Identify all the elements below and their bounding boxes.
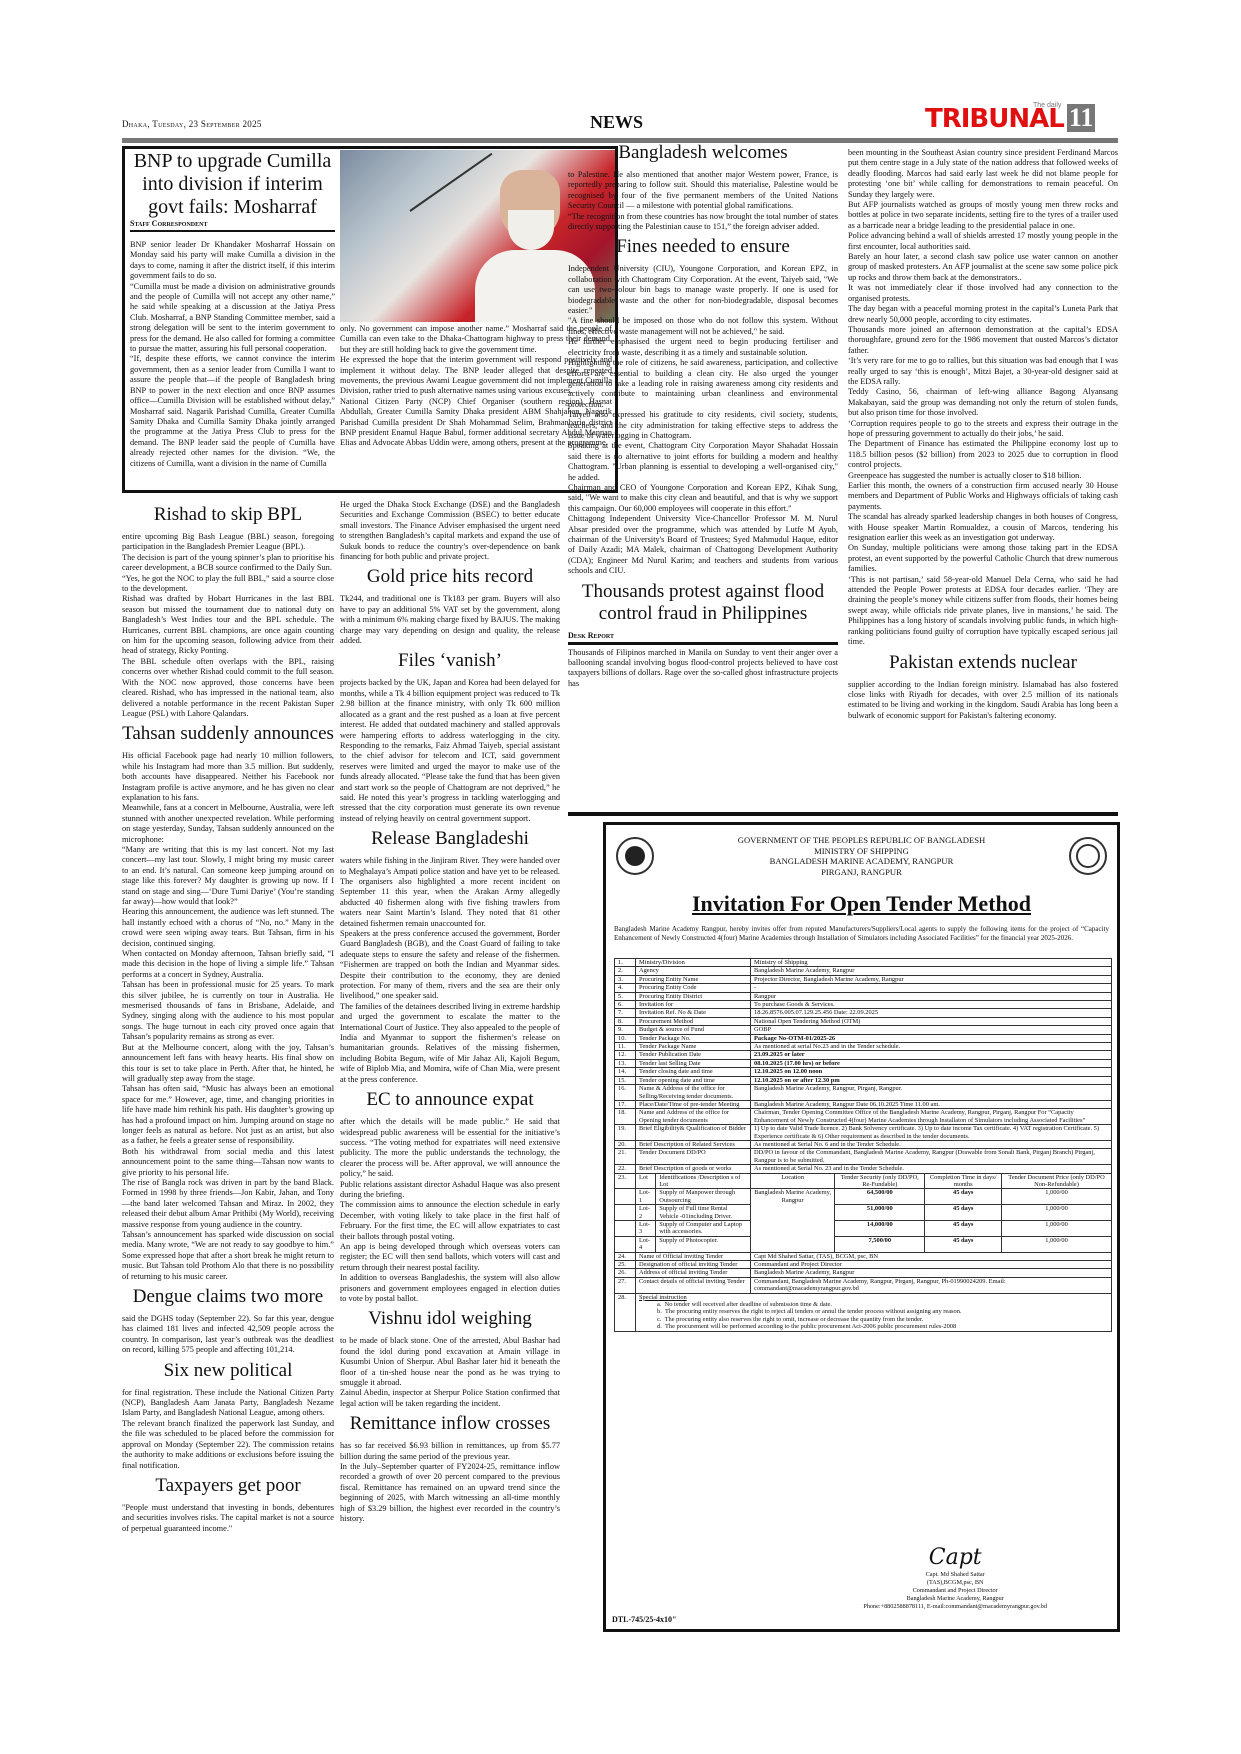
column-d: been mounting in the Southeast Asian cou… <box>848 148 1118 721</box>
article: Vishnu idol weighingto be made of black … <box>340 1308 560 1409</box>
lot-time: 45 days <box>925 1221 1002 1237</box>
location-col: Location <box>751 1173 835 1189</box>
lot-id: Lot-4 <box>636 1236 656 1252</box>
row-value: 1) Up to date Valid Trade licence. 2) Ba… <box>751 1125 1112 1141</box>
paragraph: to Palestine. He also mentioned that ano… <box>568 170 838 212</box>
newspaper-logo: The daily TRIBUNAL 11 <box>925 104 1095 132</box>
row-value: 18.26.8576.005.07.129.25.456 Date: 22.09… <box>751 1009 1112 1017</box>
column-a: Rishad to skip BPLentire upcoming Big Ba… <box>122 500 334 1534</box>
row-number: 3. <box>615 975 636 983</box>
row-label: Ministry/Division <box>636 959 751 967</box>
row-value: 12.10.2025 on or after 12.30 pm <box>751 1076 1112 1084</box>
special-item: a. No tender will received after deadlin… <box>639 1301 1108 1308</box>
row-value: Bangladesh Marine Academy, Rangpur, Pirg… <box>751 1085 1112 1101</box>
gov-line: MINISTRY OF SHIPPING <box>606 846 1117 857</box>
lot-security: 14,000/00 <box>835 1221 925 1237</box>
paragraph: “Many are writing that this is my last c… <box>122 845 334 907</box>
table-row: 16.Name & Address of the office for Sell… <box>615 1085 1112 1101</box>
row-label: Address of official inviting Tender <box>636 1269 751 1277</box>
article-headline: Vishnu idol weighing <box>340 1308 560 1330</box>
paragraph: ‘This is not partisan,’ said 58-year-old… <box>848 575 1118 648</box>
byline-rule <box>130 230 335 232</box>
article-body: His official Facebook page had nearly 10… <box>122 751 334 1282</box>
paragraph: Speaking at the event, Chattogram City C… <box>568 441 838 483</box>
paragraph: ‘It’s very rare for me to go to rallies,… <box>848 356 1118 387</box>
row-value: As mentioned at serial No.23 and in the … <box>751 1043 1112 1051</box>
lot-price: 1,000/00 <box>1001 1189 1111 1205</box>
table-row: 14.Tender closing date and time12.10.202… <box>615 1068 1112 1076</box>
signature-line: Capt. Md Shahed Sattar <box>863 1571 1047 1579</box>
paragraph: “The recognition from these countries ha… <box>568 212 838 233</box>
row-label: Tender Package Name <box>636 1043 751 1051</box>
lead-story-head: BNP to upgrade Cumilla into division if … <box>130 150 335 235</box>
row-label: Brief Description of Related Services <box>636 1140 751 1148</box>
paragraph: Chairman and CEO of Youngone Corporation… <box>568 483 838 514</box>
article: Rishad to skip BPLentire upcoming Big Ba… <box>122 504 334 719</box>
row-number <box>615 1236 636 1252</box>
row-value: Bangladesh Marine Academy, Rangpur <box>751 967 1112 975</box>
paragraph: The relevant branch finalized the paperw… <box>122 1419 334 1471</box>
lot-id: Lot-1 <box>636 1189 656 1205</box>
paragraph: In addition to overseas Bangladeshis, th… <box>340 1273 560 1304</box>
row-number: 20. <box>615 1140 636 1148</box>
lot-security: 64,500/00 <box>835 1189 925 1205</box>
lot-row: Lot-2Supply of Full time Rental Vehicle … <box>615 1205 1112 1221</box>
row-number: 10. <box>615 1034 636 1042</box>
lot-time: 45 days <box>925 1189 1002 1205</box>
page-number: 11 <box>1067 104 1096 132</box>
special-instructions: Special instructiona. No tender will rec… <box>636 1293 1112 1331</box>
paragraph: BNP senior leader Dr Khandaker Mosharraf… <box>130 240 335 282</box>
photo-speaker-beard <box>508 210 554 250</box>
table-row: 26.Address of official inviting TenderBa… <box>615 1269 1112 1277</box>
lot-security: 7,500/00 <box>835 1236 925 1252</box>
row-value: To purchase Goods & Services. <box>751 1001 1112 1009</box>
special-item: d. The procurement will be performed acc… <box>639 1323 1108 1330</box>
lead-col1: BNP senior leader Dr Khandaker Mosharraf… <box>130 240 335 469</box>
column-b: He urged the Dhaka Stock Exchange (DSE) … <box>340 500 560 1525</box>
row-label: Tender opening date and time <box>636 1076 751 1084</box>
paragraph: The Department of Finance has estimated … <box>848 439 1118 470</box>
paragraph: The day began with a peaceful morning pr… <box>848 304 1118 325</box>
paragraph: supplier according to the Indian foreign… <box>848 680 1118 722</box>
row-value: As mentioned at Serial No. 6 and in the … <box>751 1140 1112 1148</box>
row-number: 11. <box>615 1043 636 1051</box>
article-body: "People must understand that investing i… <box>122 1503 334 1534</box>
row-number: 23. <box>615 1173 636 1189</box>
article-headline: Pakistan extends nuclear <box>848 652 1118 674</box>
row-value: Projector Director, Bangladesh Marine Ac… <box>751 975 1112 983</box>
row-label: Tender Publication Date <box>636 1051 751 1059</box>
byline: Desk Report <box>568 631 838 640</box>
paragraph: Both his withdrawal from social media an… <box>122 1147 334 1178</box>
table-row: 15.Tender opening date and time12.10.202… <box>615 1076 1112 1084</box>
paragraph: “Yes, he got the NOC to play the full BB… <box>122 574 334 595</box>
row-number: 15. <box>615 1076 636 1084</box>
row-label: Invitation Ref. No & Date <box>636 1009 751 1017</box>
row-label: Tender Document DD/PO <box>636 1149 751 1165</box>
lot-description: Supply of Manpower through Outsourcing <box>656 1189 751 1205</box>
row-number: 27. <box>615 1277 636 1293</box>
table-row: 2.AgencyBangladesh Marine Academy, Rangp… <box>615 967 1112 975</box>
row-number: 24. <box>615 1252 636 1260</box>
row-number: 26. <box>615 1269 636 1277</box>
table-row: 5.Procuring Entity DistrictRangpur <box>615 992 1112 1000</box>
paragraph: Taiyeb also expressed his gratitude to c… <box>568 410 838 441</box>
table-row: 4.Procuring Entity Code- <box>615 984 1112 992</box>
row-label: Name and Address of the office for Openi… <box>636 1109 751 1125</box>
row-number: 21. <box>615 1149 636 1165</box>
table-row: 10.Tender Package No.Package No-OTM-01/2… <box>615 1034 1112 1042</box>
section-rule <box>568 812 1118 816</box>
article: He urged the Dhaka Stock Exchange (DSE) … <box>340 500 560 562</box>
article-body: Tk244, and traditional one is Tk183 per … <box>340 594 560 646</box>
gov-line: GOVERNMENT OF THE PEOPLES REPUBLIC OF BA… <box>606 835 1117 846</box>
paragraph: waters while fishing in the Jinjiram Riv… <box>340 856 560 929</box>
lot-description: Supply of Computer and Laptop with acces… <box>656 1221 751 1237</box>
article-headline: Six new political <box>122 1360 334 1382</box>
article-headline: EC to announce expat <box>340 1089 560 1111</box>
article: Dengue claims two moresaid the DGHS toda… <box>122 1286 334 1356</box>
table-row: 12.Tender Publication Date23.09.2025 or … <box>615 1051 1112 1059</box>
article: Bangladesh welcomesto Palestine. He also… <box>568 142 838 232</box>
row-number: 18. <box>615 1109 636 1125</box>
row-value: Rangpur <box>751 992 1112 1000</box>
article-body: to be made of black stone. One of the ar… <box>340 1336 560 1409</box>
row-number: 17. <box>615 1100 636 1108</box>
paragraph: Meanwhile, fans at a concert in Melbourn… <box>122 803 334 845</box>
article-headline: Gold price hits record <box>340 566 560 588</box>
article: EC to announce expatafter which the deta… <box>340 1089 560 1304</box>
row-value: Capt Md Shahed Sattar, (TAS), BCGM, psc,… <box>751 1252 1112 1260</box>
row-number: 22. <box>615 1165 636 1173</box>
paragraph: Zainul Abedin, inspector at Sherpur Poli… <box>340 1388 560 1409</box>
row-value: Commandant and Project Director <box>751 1261 1112 1269</box>
row-value: 08.10.2025 (17.00 hrs) or before <box>751 1059 1112 1067</box>
row-label: Tender last Selling Date <box>636 1059 751 1067</box>
lot-description: Supply of Full time Rental Vehicle -01in… <box>656 1205 751 1221</box>
paragraph: Tk244, and traditional one is Tk183 per … <box>340 594 560 646</box>
row-label: Contact details of official inviting Ten… <box>636 1277 751 1293</box>
section-title: NEWS <box>590 112 643 133</box>
ad-reference: DTL-745/25-4x10" <box>612 1615 676 1624</box>
paragraph: Hearing this announcement, the audience … <box>122 907 334 949</box>
paragraph: to be made of black stone. One of the ar… <box>340 1336 560 1388</box>
paragraph: The families of the detainees described … <box>340 1002 560 1085</box>
article-body: Independent University (CIU), Youngone C… <box>568 264 838 576</box>
table-row: 27.Contact details of official inviting … <box>615 1277 1112 1293</box>
lot-price: 1,000/00 <box>1001 1236 1111 1252</box>
article-body: after which the details will be made pub… <box>340 1117 560 1304</box>
paragraph: Tahsan has been in professional music fo… <box>122 980 334 1042</box>
paragraph: Rishad was drafted by Hobart Hurricanes … <box>122 594 334 656</box>
signature: Capt <box>863 1545 1047 1571</box>
article: Tahsan suddenly announcesHis official Fa… <box>122 723 334 1282</box>
lot-row: Lot-3Supply of Computer and Laptop with … <box>615 1221 1112 1237</box>
table-row: 8.Procurement MethodNational Open Tender… <box>615 1017 1112 1025</box>
paragraph: Speakers at the press conference accused… <box>340 929 560 1002</box>
paragraph: But AFP journalists watched as groups of… <box>848 200 1118 231</box>
paragraph: been mounting in the Southeast Asian cou… <box>848 148 1118 200</box>
microphone-icon <box>409 153 492 212</box>
row-label: Procuring Entity District <box>636 992 751 1000</box>
lot-price: 1,000/00 <box>1001 1221 1111 1237</box>
paragraph: In the July–September quarter of FY2024-… <box>340 1462 560 1524</box>
logo-tagline: The daily <box>1033 102 1061 109</box>
logo-wordmark: TRIBUNAL <box>925 106 1064 132</box>
row-number: 14. <box>615 1068 636 1076</box>
paragraph: Teddy Casino, 56, chairman of left-wing … <box>848 387 1118 418</box>
row-number: 19. <box>615 1125 636 1141</box>
table-row: 24.Name of Official inviting TenderCapt … <box>615 1252 1112 1260</box>
article: Six new politicalfor final registration.… <box>122 1360 334 1471</box>
paragraph: An app is being developed through which … <box>340 1242 560 1273</box>
table-row: 21.Tender Document DD/PODD/PO in favour … <box>615 1149 1112 1165</box>
row-value: DD/PO in favour of the Commandant, Bangl… <box>751 1149 1112 1165</box>
lot-col: Lot <box>636 1173 656 1189</box>
row-value: GOBP <box>751 1026 1112 1034</box>
article-headline: Release Bangladeshi <box>340 828 560 850</box>
row-value: National Open Tendering Method (OTM) <box>751 1017 1112 1025</box>
price-col: Tender Document Price (only DD/PO Non-Re… <box>1001 1173 1111 1189</box>
lot-price: 1,000/00 <box>1001 1205 1111 1221</box>
special-instruction-row: 28.Special instructiona. No tender will … <box>615 1293 1112 1331</box>
article-body: supplier according to the Indian foreign… <box>848 680 1118 722</box>
row-number: 7. <box>615 1009 636 1017</box>
signature-line: (TAS),BCGM,psc, BN <box>863 1579 1047 1587</box>
table-row: 18.Name and Address of the office for Op… <box>615 1109 1112 1125</box>
paragraph: Police advancing behind a wall of shield… <box>848 231 1118 252</box>
lot-time: 45 days <box>925 1236 1002 1252</box>
byline-rule <box>568 642 838 645</box>
signature-line: Commandant and Project Director <box>863 1587 1047 1595</box>
lot-id: Lot-2 <box>636 1205 656 1221</box>
paragraph: Greenpeace has suggested the number is a… <box>848 471 1118 481</box>
column-c: Bangladesh welcomesto Palestine. He also… <box>568 138 838 689</box>
article: Pakistan extends nuclearsupplier accordi… <box>848 652 1118 722</box>
row-label: Name of Official inviting Tender <box>636 1252 751 1260</box>
lot-row: Lot-1Supply of Manpower through Outsourc… <box>615 1189 1112 1205</box>
paragraph: "People must understand that investing i… <box>122 1503 334 1534</box>
paragraph: He further emphasised the urgent need to… <box>568 337 838 358</box>
row-label: Procuring Entity Code <box>636 984 751 992</box>
paragraph: Highlighting the role of citizens, he sa… <box>568 358 838 410</box>
paragraph: after which the details will be made pub… <box>340 1117 560 1179</box>
paragraph: His official Facebook page had nearly 10… <box>122 751 334 803</box>
article-body: for final registration. These include th… <box>122 1388 334 1471</box>
time-col: Completion Time in days/ months <box>925 1173 1002 1189</box>
row-label: Procuring Entity Name <box>636 975 751 983</box>
row-number: 5. <box>615 992 636 1000</box>
article-body: Thousands of Filipinos marched in Manila… <box>568 648 838 690</box>
row-label: Budget & source of Fund <box>636 1026 751 1034</box>
row-value: As mentioned at Serial No. 23 and in the… <box>751 1165 1112 1173</box>
lot-description: Supply of Photocopier. <box>656 1236 751 1252</box>
paragraph: The decision is part of the young spinne… <box>122 553 334 574</box>
row-number <box>615 1205 636 1221</box>
paragraph: has so far received $6.93 billion in rem… <box>340 1441 560 1462</box>
row-label: Agency <box>636 967 751 975</box>
article-body: has so far received $6.93 billion in rem… <box>340 1441 560 1524</box>
paragraph: Tahsan has often said, “Music has always… <box>122 1084 334 1146</box>
article-headline: Remittance inflow crosses <box>340 1413 560 1435</box>
paragraph: He urged the Dhaka Stock Exchange (DSE) … <box>340 500 560 562</box>
row-number: 2. <box>615 967 636 975</box>
masthead-date: Dhaka, Tuesday, 23 September 2025 <box>122 119 262 129</box>
row-value: Package No-OTM-01/2025-26 <box>751 1034 1112 1042</box>
table-row: 13.Tender last Selling Date08.10.2025 (1… <box>615 1059 1112 1067</box>
paragraph: The BBL schedule often overlaps with the… <box>122 657 334 719</box>
paragraph: Thousands more joined an afternoon demon… <box>848 325 1118 356</box>
article: been mounting in the Southeast Asian cou… <box>848 148 1118 648</box>
lot-location: Bangladesh Marine Academy, Rangpur <box>751 1189 835 1252</box>
row-number: 12. <box>615 1051 636 1059</box>
row-label: Tender Package No. <box>636 1034 751 1042</box>
signature-block: Capt Capt. Md Shahed Sattar(TAS),BCGM,ps… <box>863 1545 1047 1611</box>
government-header: GOVERNMENT OF THE PEOPLES REPUBLIC OF BA… <box>606 835 1117 877</box>
special-title: Special instruction <box>639 1294 1108 1301</box>
row-number: 6. <box>615 1001 636 1009</box>
paragraph: The scandal has already sparked leadersh… <box>848 512 1118 543</box>
lot-header-row: 23.LotIdentifications /Description s of … <box>615 1173 1112 1189</box>
paragraph: entire upcoming Big Bash League (BBL) se… <box>122 532 334 553</box>
row-number: 13. <box>615 1059 636 1067</box>
table-row: 17.Place/Date/Time of pre-tender Meeting… <box>615 1100 1112 1108</box>
row-value: - <box>751 984 1112 992</box>
lot-row: Lot-4Supply of Photocopier.7,500/0045 da… <box>615 1236 1112 1252</box>
table-row: 19.Brief Eligibility& Qualification of B… <box>615 1125 1112 1141</box>
table-row: 11.Tender Package NameAs mentioned at se… <box>615 1043 1112 1051</box>
article: Thousands protest against flood control … <box>568 581 838 690</box>
row-label: Brief Description of goods or works <box>636 1165 751 1173</box>
paragraph: "A fine should be imposed on those who d… <box>568 316 838 337</box>
paragraph: said the DGHS today (September 22). So f… <box>122 1314 334 1356</box>
paragraph: Independent University (CIU), Youngone C… <box>568 264 838 316</box>
row-value: Bangladesh Marine Academy, Rangpur Date … <box>751 1100 1112 1108</box>
paragraph: But at the Melbourne concert, along with… <box>122 1043 334 1085</box>
desc-col: Identifications /Description s of Lot <box>656 1173 751 1189</box>
paragraph: Chittagong Independent University Vice-C… <box>568 514 838 576</box>
row-label: Designation of official inviting Tender <box>636 1261 751 1269</box>
row-label: Procurement Method <box>636 1017 751 1025</box>
paragraph: ‘Corruption requires people to go to the… <box>848 419 1118 440</box>
table-row: 6.Invitation forTo purchase Goods & Serv… <box>615 1001 1112 1009</box>
article-body: to Palestine. He also mentioned that ano… <box>568 170 838 232</box>
lot-id: Lot-3 <box>636 1221 656 1237</box>
paragraph: On Sunday, multiple politicians were amo… <box>848 543 1118 574</box>
paragraph: It was not immediately clear if those in… <box>848 283 1118 304</box>
table-row: 7.Invitation Ref. No & Date18.26.8576.00… <box>615 1009 1112 1017</box>
article: Release Bangladeshiwaters while fishing … <box>340 828 560 1085</box>
paragraph: projects backed by the UK, Japan and Kor… <box>340 678 560 824</box>
row-label: Name & Address of the office for Selling… <box>636 1085 751 1101</box>
table-row: 9.Budget & source of FundGOBP <box>615 1026 1112 1034</box>
tender-table: 1.Ministry/DivisionMinistry of Shipping2… <box>614 958 1112 1332</box>
row-value: 12.10.2025 on 12.00 noon <box>751 1068 1112 1076</box>
article: Fines needed to ensureIndependent Univer… <box>568 236 838 576</box>
row-value: Commandant, Bangladesh Marine Academy, R… <box>751 1277 1112 1293</box>
table-row: 20.Brief Description of Related Services… <box>615 1140 1112 1148</box>
row-number <box>615 1189 636 1205</box>
article-headline: Thousands protest against flood control … <box>568 581 838 625</box>
paragraph: Barely an hour later, a second clash saw… <box>848 252 1118 283</box>
gov-line: BANGLADESH MARINE ACADEMY, RANGPUR <box>606 856 1117 867</box>
row-number: 4. <box>615 984 636 992</box>
paragraph: “Cumilla must be made a division on admi… <box>130 282 335 355</box>
row-value: Bangladesh Marine Academy, Rangpur <box>751 1269 1112 1277</box>
paragraph: Tahsan’s announcement has sparked wide d… <box>122 1230 334 1282</box>
article-body: He urged the Dhaka Stock Exchange (DSE) … <box>340 500 560 562</box>
article-body: projects backed by the UK, Japan and Kor… <box>340 678 560 824</box>
row-label: Brief Eligibility& Qualification of Bidd… <box>636 1125 751 1141</box>
tender-intro: Bangladesh Marine Academy Rangpur, hereb… <box>614 925 1109 942</box>
article: Gold price hits recordTk244, and traditi… <box>340 566 560 646</box>
byline: Staff Correspondent <box>130 219 335 228</box>
lot-time: 45 days <box>925 1205 1002 1221</box>
row-value: Ministry of Shipping <box>751 959 1112 967</box>
tender-title: Invitation For Open Tender Method <box>606 891 1117 917</box>
paragraph: Thousands of Filipinos marched in Manila… <box>568 648 838 690</box>
row-label: Place/Date/Time of pre-tender Meeting <box>636 1100 751 1108</box>
article-body: said the DGHS today (September 22). So f… <box>122 1314 334 1356</box>
article-headline: Taxpayers get poor <box>122 1475 334 1497</box>
article-body: been mounting in the Southeast Asian cou… <box>848 148 1118 648</box>
article: Taxpayers get poor"People must understan… <box>122 1475 334 1534</box>
signature-line: Bangladesh Marine Academy, Rangpur <box>863 1595 1047 1603</box>
paragraph: When contacted on Monday afternoon, Tahs… <box>122 949 334 980</box>
article-headline: Fines needed to ensure <box>568 236 838 258</box>
tender-advertisement: GOVERNMENT OF THE PEOPLES REPUBLIC OF BA… <box>603 822 1120 1632</box>
special-item: c. The procuring entity also reserves th… <box>639 1316 1108 1323</box>
signature-line: Phone:+8802588878111, E-mail:commandant@… <box>863 1603 1047 1611</box>
security-col: Tender Security (only DD/PO, Re-Fundable… <box>835 1173 925 1189</box>
paragraph: for final registration. These include th… <box>122 1388 334 1419</box>
row-number: 8. <box>615 1017 636 1025</box>
paragraph: The rise of Bangla rock was driven in pa… <box>122 1178 334 1230</box>
row-value: Chairman, Tender Opening Committee Offic… <box>751 1109 1112 1125</box>
article: Files ‘vanish’projects backed by the UK,… <box>340 650 560 824</box>
paragraph: Public relations assistant director Asha… <box>340 1180 560 1201</box>
article-headline: Files ‘vanish’ <box>340 650 560 672</box>
article: Remittance inflow crosseshas so far rece… <box>340 1413 560 1524</box>
row-number <box>615 1221 636 1237</box>
table-row: 3.Procuring Entity NameProjector Directo… <box>615 975 1112 983</box>
special-item: b. The procuring entity reserves the rig… <box>639 1308 1108 1315</box>
article-headline: Rishad to skip BPL <box>122 504 334 526</box>
article-body: waters while fishing in the Jinjiram Riv… <box>340 856 560 1085</box>
row-number: 25. <box>615 1261 636 1269</box>
table-row: 22.Brief Description of goods or worksAs… <box>615 1165 1112 1173</box>
row-number: 28. <box>615 1293 636 1331</box>
lead-headline: BNP to upgrade Cumilla into division if … <box>130 150 335 219</box>
article-headline: Tahsan suddenly announces <box>122 723 334 745</box>
gov-line: PIRGANJ, RANGPUR <box>606 867 1117 878</box>
row-label: Invitation for <box>636 1001 751 1009</box>
article-headline: Dengue claims two more <box>122 1286 334 1308</box>
row-number: 16. <box>615 1085 636 1101</box>
row-value: 23.09.2025 or later <box>751 1051 1112 1059</box>
table-row: 1.Ministry/DivisionMinistry of Shipping <box>615 959 1112 967</box>
row-number: 1. <box>615 959 636 967</box>
paragraph: The commission aims to announce the elec… <box>340 1200 560 1242</box>
paragraph: Earlier this month, the owners of a cons… <box>848 481 1118 512</box>
row-label: Tender closing date and time <box>636 1068 751 1076</box>
table-row: 25.Designation of official inviting Tend… <box>615 1261 1112 1269</box>
article-body: entire upcoming Big Bash League (BBL) se… <box>122 532 334 719</box>
row-number: 9. <box>615 1026 636 1034</box>
article-headline: Bangladesh welcomes <box>568 142 838 164</box>
lot-security: 51,000/00 <box>835 1205 925 1221</box>
